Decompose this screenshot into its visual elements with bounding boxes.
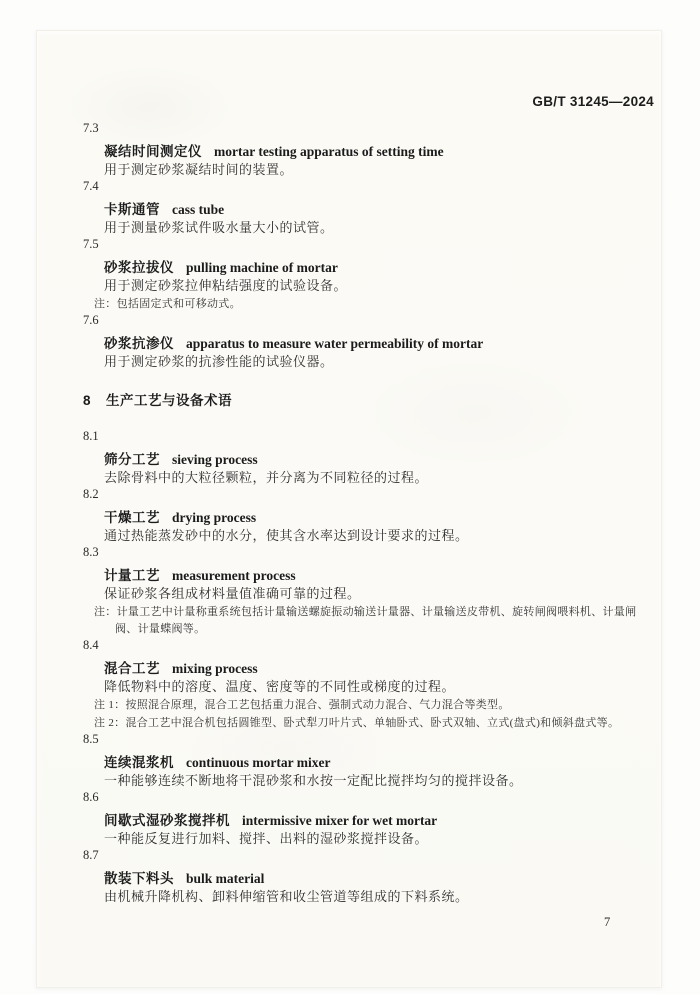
term-number: 7.5 xyxy=(83,237,661,252)
term-number: 8.2 xyxy=(83,487,661,502)
term-number: 8.4 xyxy=(83,638,661,653)
term-number: 8.1 xyxy=(83,429,661,444)
term-note: 注：计量工艺中计量称重系统包括计量输送螺旋振动输送计量器、计量输送皮带机、旋转闸… xyxy=(94,604,653,638)
term-zh: 凝结时间测定仪 xyxy=(104,144,202,159)
term-line: 卡斯通管cass tube xyxy=(104,201,661,219)
term-definition: 由机械升降机构、卸料伸缩管和收尘管道等组成的下料系统。 xyxy=(104,888,651,906)
term-definition: 用于测定砂浆拉伸粘结强度的试验设备。 xyxy=(104,277,651,295)
term-zh: 筛分工艺 xyxy=(104,452,160,467)
term-line: 间歇式湿砂浆搅拌机intermissive mixer for wet mort… xyxy=(104,812,661,830)
term-line: 筛分工艺sieving process xyxy=(104,451,661,469)
term-definition: 用于测定砂浆的抗渗性能的试验仪器。 xyxy=(104,353,651,371)
term-definition: 用于测定砂浆凝结时间的装置。 xyxy=(104,161,651,179)
term-entry-7-6: 7.6 砂浆抗渗仪apparatus to measure water perm… xyxy=(37,313,661,371)
term-line: 干燥工艺drying process xyxy=(104,509,661,527)
term-entry-8-2: 8.2 干燥工艺drying process 通过热能蒸发砂中的水分，使其含水率… xyxy=(37,487,661,545)
term-definition: 一种能够连续不断地将干混砂浆和水按一定配比搅拌均匀的搅拌设备。 xyxy=(104,772,651,790)
term-definition: 通过热能蒸发砂中的水分，使其含水率达到设计要求的过程。 xyxy=(104,527,651,545)
term-en: pulling machine of mortar xyxy=(186,260,338,275)
term-en: sieving process xyxy=(172,452,258,467)
term-entry-7-4: 7.4 卡斯通管cass tube 用于测量砂浆试件吸水量大小的试管。 xyxy=(37,179,661,237)
term-definition: 去除骨料中的大粒径颗粒，并分离为不同粒径的过程。 xyxy=(104,469,651,487)
page-number: 7 xyxy=(604,915,610,930)
term-note: 注：包括固定式和可移动式。 xyxy=(94,296,653,313)
term-zh: 砂浆拉拔仪 xyxy=(104,260,174,275)
term-en: mixing process xyxy=(172,661,258,676)
term-definition: 降低物料中的溶度、温度、密度等的不同性或梯度的过程。 xyxy=(104,678,651,696)
section-heading: 8生产工艺与设备术语 xyxy=(83,389,661,409)
page-content: 7.3 凝结时间测定仪mortar testing apparatus of s… xyxy=(37,121,661,906)
term-number: 7.6 xyxy=(83,313,661,328)
term-zh: 间歇式湿砂浆搅拌机 xyxy=(104,813,230,828)
section-title: 生产工艺与设备术语 xyxy=(106,393,232,408)
term-entry-8-4: 8.4 混合工艺mixing process 降低物料中的溶度、温度、密度等的不… xyxy=(37,638,661,732)
term-number: 8.7 xyxy=(83,848,661,863)
term-entry-8-1: 8.1 筛分工艺sieving process 去除骨料中的大粒径颗粒，并分离为… xyxy=(37,429,661,487)
term-entry-8-3: 8.3 计量工艺measurement process 保证砂浆各组成材料量值准… xyxy=(37,545,661,638)
term-en: mortar testing apparatus of setting time xyxy=(214,144,444,159)
term-en: cass tube xyxy=(172,202,224,217)
term-number: 8.5 xyxy=(83,732,661,747)
term-zh: 干燥工艺 xyxy=(104,510,160,525)
term-number: 7.3 xyxy=(83,121,661,136)
section-number: 8 xyxy=(83,393,91,408)
term-number: 7.4 xyxy=(83,179,661,194)
term-line: 凝结时间测定仪mortar testing apparatus of setti… xyxy=(104,143,661,161)
term-definition: 用于测量砂浆试件吸水量大小的试管。 xyxy=(104,219,651,237)
term-zh: 砂浆抗渗仪 xyxy=(104,336,174,351)
term-number: 8.3 xyxy=(83,545,661,560)
term-definition: 保证砂浆各组成材料量值准确可靠的过程。 xyxy=(104,585,651,603)
term-entry-8-5: 8.5 连续混浆机continuous mortar mixer 一种能够连续不… xyxy=(37,732,661,790)
term-line: 混合工艺mixing process xyxy=(104,660,661,678)
term-line: 砂浆拉拔仪pulling machine of mortar xyxy=(104,259,661,277)
term-note: 注 2：混合工艺中混合机包括圆锥型、卧式犁刀叶片式、单轴卧式、卧式双轴、立式(盘… xyxy=(94,715,653,732)
term-note: 注 1：按照混合原理，混合工艺包括重力混合、强制式动力混合、气力混合等类型。 xyxy=(94,697,653,714)
term-en: apparatus to measure water permeability … xyxy=(186,336,483,351)
term-entry-8-7: 8.7 散装下料头bulk material 由机械升降机构、卸料伸缩管和收尘管… xyxy=(37,848,661,906)
term-en: bulk material xyxy=(186,871,264,886)
term-line: 散装下料头bulk material xyxy=(104,870,661,888)
term-line: 计量工艺measurement process xyxy=(104,567,661,585)
term-zh: 卡斯通管 xyxy=(104,202,160,217)
term-entry-7-3: 7.3 凝结时间测定仪mortar testing apparatus of s… xyxy=(37,121,661,179)
term-entry-7-5: 7.5 砂浆拉拔仪pulling machine of mortar 用于测定砂… xyxy=(37,237,661,313)
term-zh: 混合工艺 xyxy=(104,661,160,676)
term-entry-8-6: 8.6 间歇式湿砂浆搅拌机intermissive mixer for wet … xyxy=(37,790,661,848)
term-zh: 连续混浆机 xyxy=(104,755,174,770)
term-line: 连续混浆机continuous mortar mixer xyxy=(104,754,661,772)
term-zh: 计量工艺 xyxy=(104,568,160,583)
term-line: 砂浆抗渗仪apparatus to measure water permeabi… xyxy=(104,335,661,353)
scanned-document-page: GB/T 31245—2024 7.3 凝结时间测定仪mortar testin… xyxy=(36,30,662,988)
standard-number: GB/T 31245—2024 xyxy=(532,94,654,109)
term-en: continuous mortar mixer xyxy=(186,755,331,770)
term-en: intermissive mixer for wet mortar xyxy=(242,813,437,828)
term-zh: 散装下料头 xyxy=(104,871,174,886)
term-definition: 一种能反复进行加料、搅拌、出料的湿砂浆搅拌设备。 xyxy=(104,830,651,848)
term-number: 8.6 xyxy=(83,790,661,805)
term-en: measurement process xyxy=(172,568,296,583)
term-en: drying process xyxy=(172,510,256,525)
